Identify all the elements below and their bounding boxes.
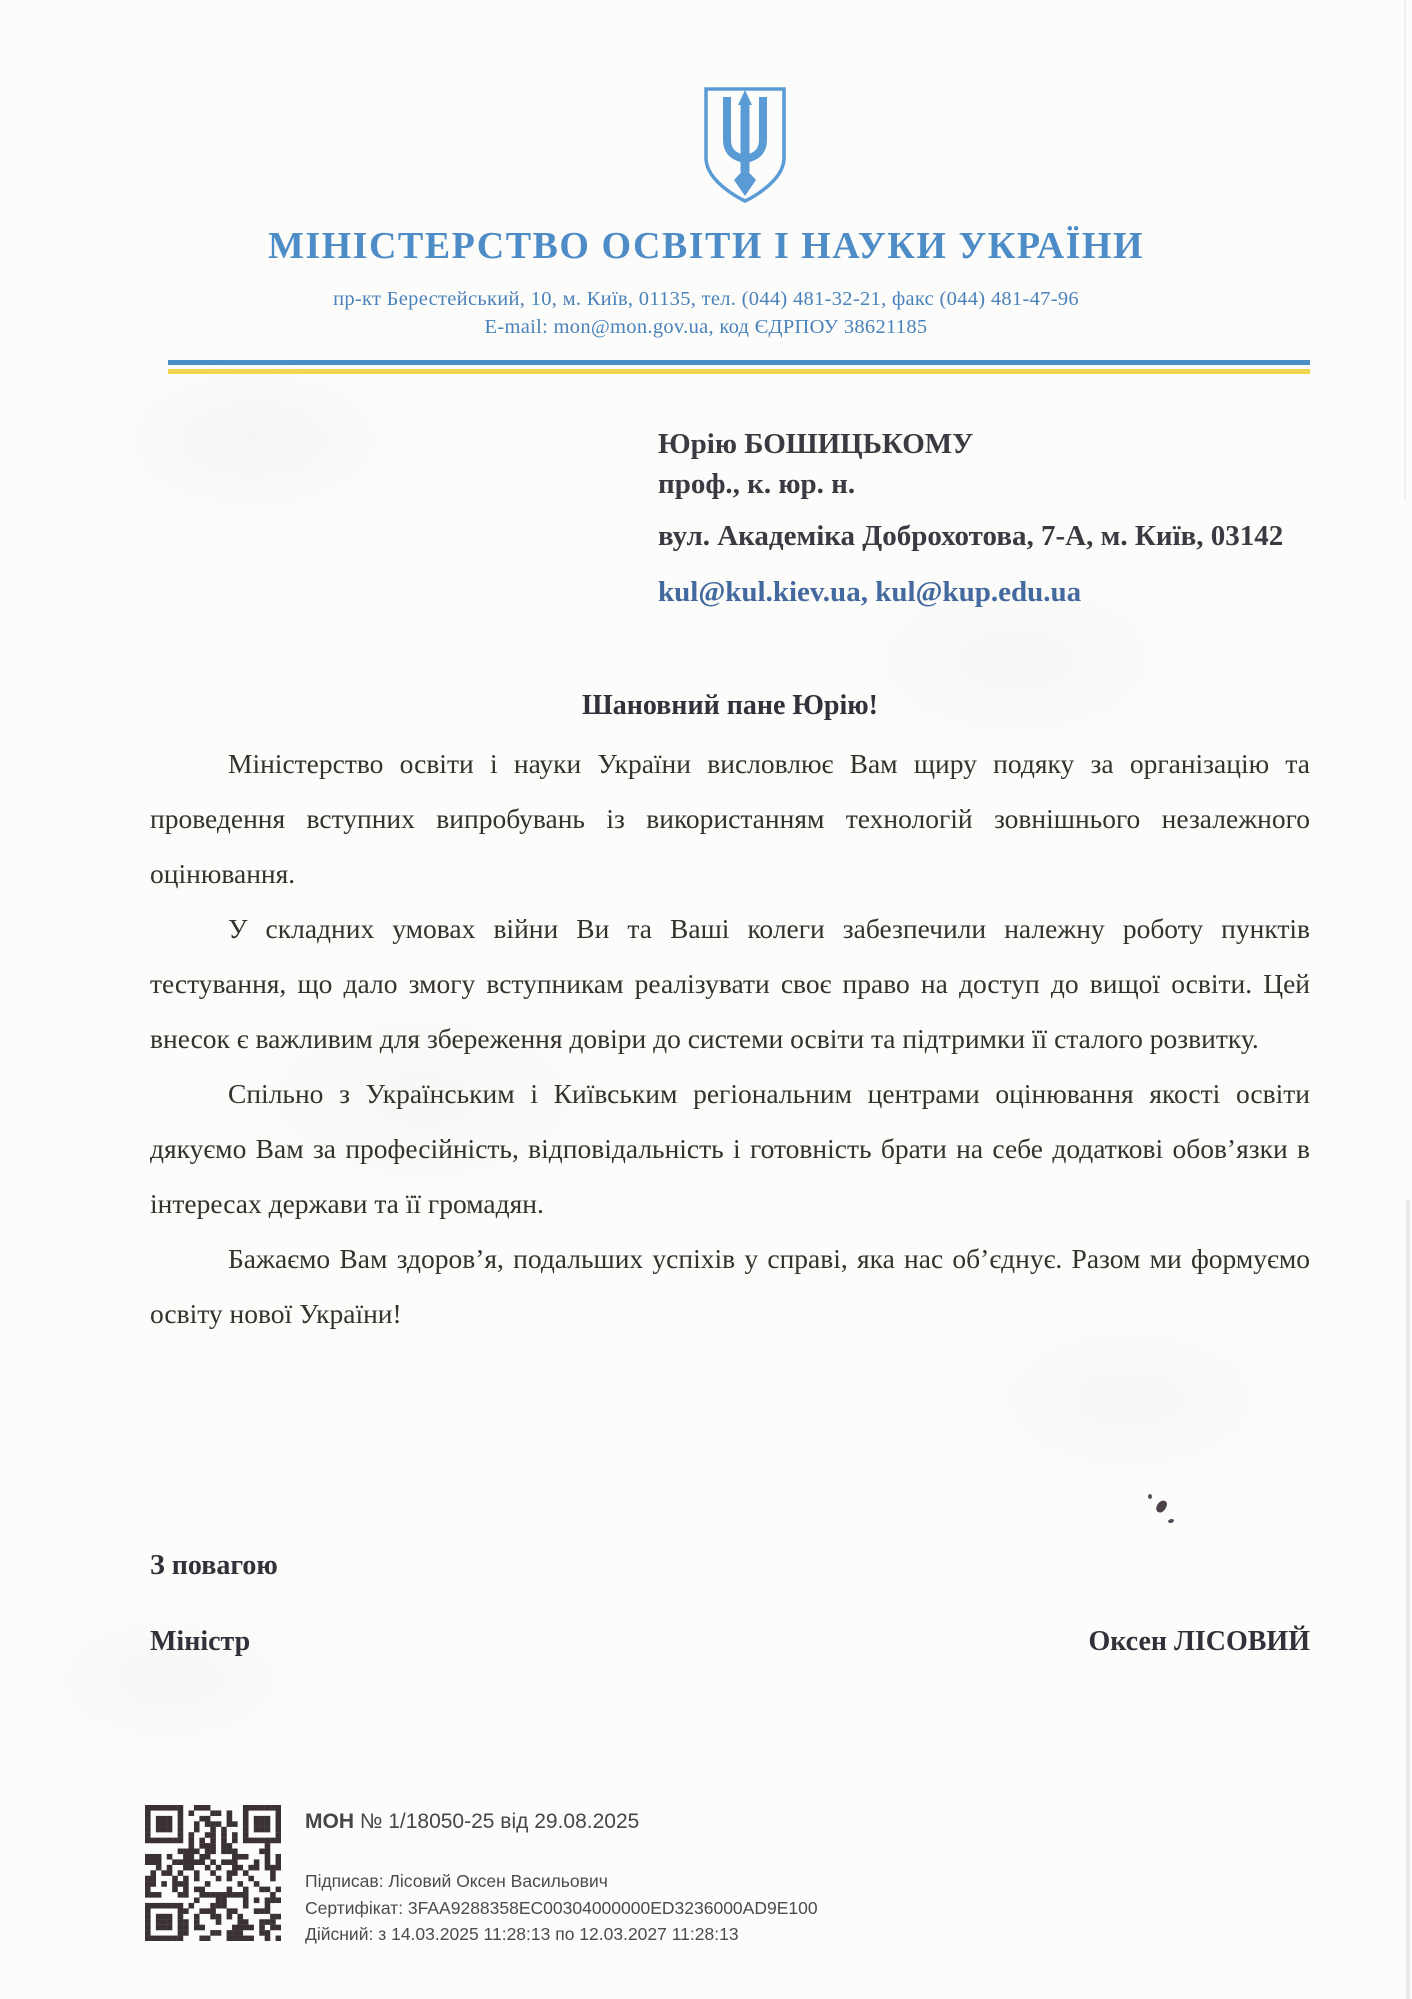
recipient-degree: проф., к. юр. н.: [658, 464, 1310, 504]
certificate-line: Сертифікат: 3FAA9288358EC00304000000ED32…: [305, 1895, 818, 1922]
scan-artifact: [1406, 1200, 1410, 1999]
salutation: Шановний пане Юрію!: [150, 690, 1310, 722]
scanned-letter-page: МІНІСТЕРСТВО ОСВІТИ І НАУКИ УКРАЇНИ пр-к…: [0, 0, 1412, 1999]
closing-phrase: З повагою: [150, 1550, 278, 1582]
document-number: № 1/18050-25 від 29.08.2025: [360, 1810, 639, 1833]
flag-divider: [168, 360, 1310, 374]
signed-by-line: Підписав: Лісовий Оксен Васильович: [305, 1868, 818, 1895]
ministry-email-line: E-mail: mon@mon.gov.ua, код ЄДРПОУ 38621…: [0, 316, 1412, 339]
paragraph-1: Міністерство освіти і науки України висл…: [150, 736, 1310, 901]
certificate-block: Підписав: Лісовий Оксен Васильович Серти…: [305, 1868, 818, 1948]
paragraph-4: Бажаємо Вам здоров’я, подальших успіхів …: [150, 1231, 1310, 1341]
recipient-postal-address: вул. Академіка Доброхотова, 7-А, м. Київ…: [658, 516, 1310, 556]
ink-speck: [1148, 1494, 1152, 1499]
divider-yellow-bar: [168, 369, 1310, 374]
recipient-name: Юрію БОШИЦЬКОМУ: [658, 424, 1310, 464]
document-org: МОН: [305, 1810, 354, 1833]
qr-code: [145, 1805, 281, 1941]
paragraph-3: Спільно з Українським і Київським регіон…: [150, 1066, 1310, 1231]
ink-speck: [1168, 1518, 1175, 1523]
letter-body: Міністерство освіти і науки України висл…: [150, 736, 1310, 1341]
document-number-line: МОН № 1/18050-25 від 29.08.2025: [305, 1810, 639, 1834]
ministry-title: МІНІСТЕРСТВО ОСВІТИ І НАУКИ УКРАЇНИ: [0, 224, 1412, 268]
validity-line: Дійсний: з 14.03.2025 11:28:13 по 12.03.…: [305, 1921, 818, 1948]
recipient-block: Юрію БОШИЦЬКОМУ проф., к. юр. н. вул. Ак…: [658, 424, 1310, 612]
signer-position: Міністр: [150, 1626, 250, 1658]
signer-name: Оксен ЛІСОВИЙ: [1088, 1626, 1310, 1658]
ink-speck: [1154, 1499, 1168, 1515]
paragraph-2: У складних умовах війни Ви та Ваші колег…: [150, 901, 1310, 1066]
signature-row: Міністр Оксен ЛІСОВИЙ: [150, 1626, 1310, 1658]
divider-blue-bar: [168, 360, 1310, 365]
recipient-emails: kul@kul.kiev.ua, kul@kup.edu.ua: [658, 572, 1310, 612]
ukraine-trident-emblem-icon: [699, 84, 791, 206]
ministry-address: пр-кт Берестейський, 10, м. Київ, 01135,…: [0, 288, 1412, 311]
